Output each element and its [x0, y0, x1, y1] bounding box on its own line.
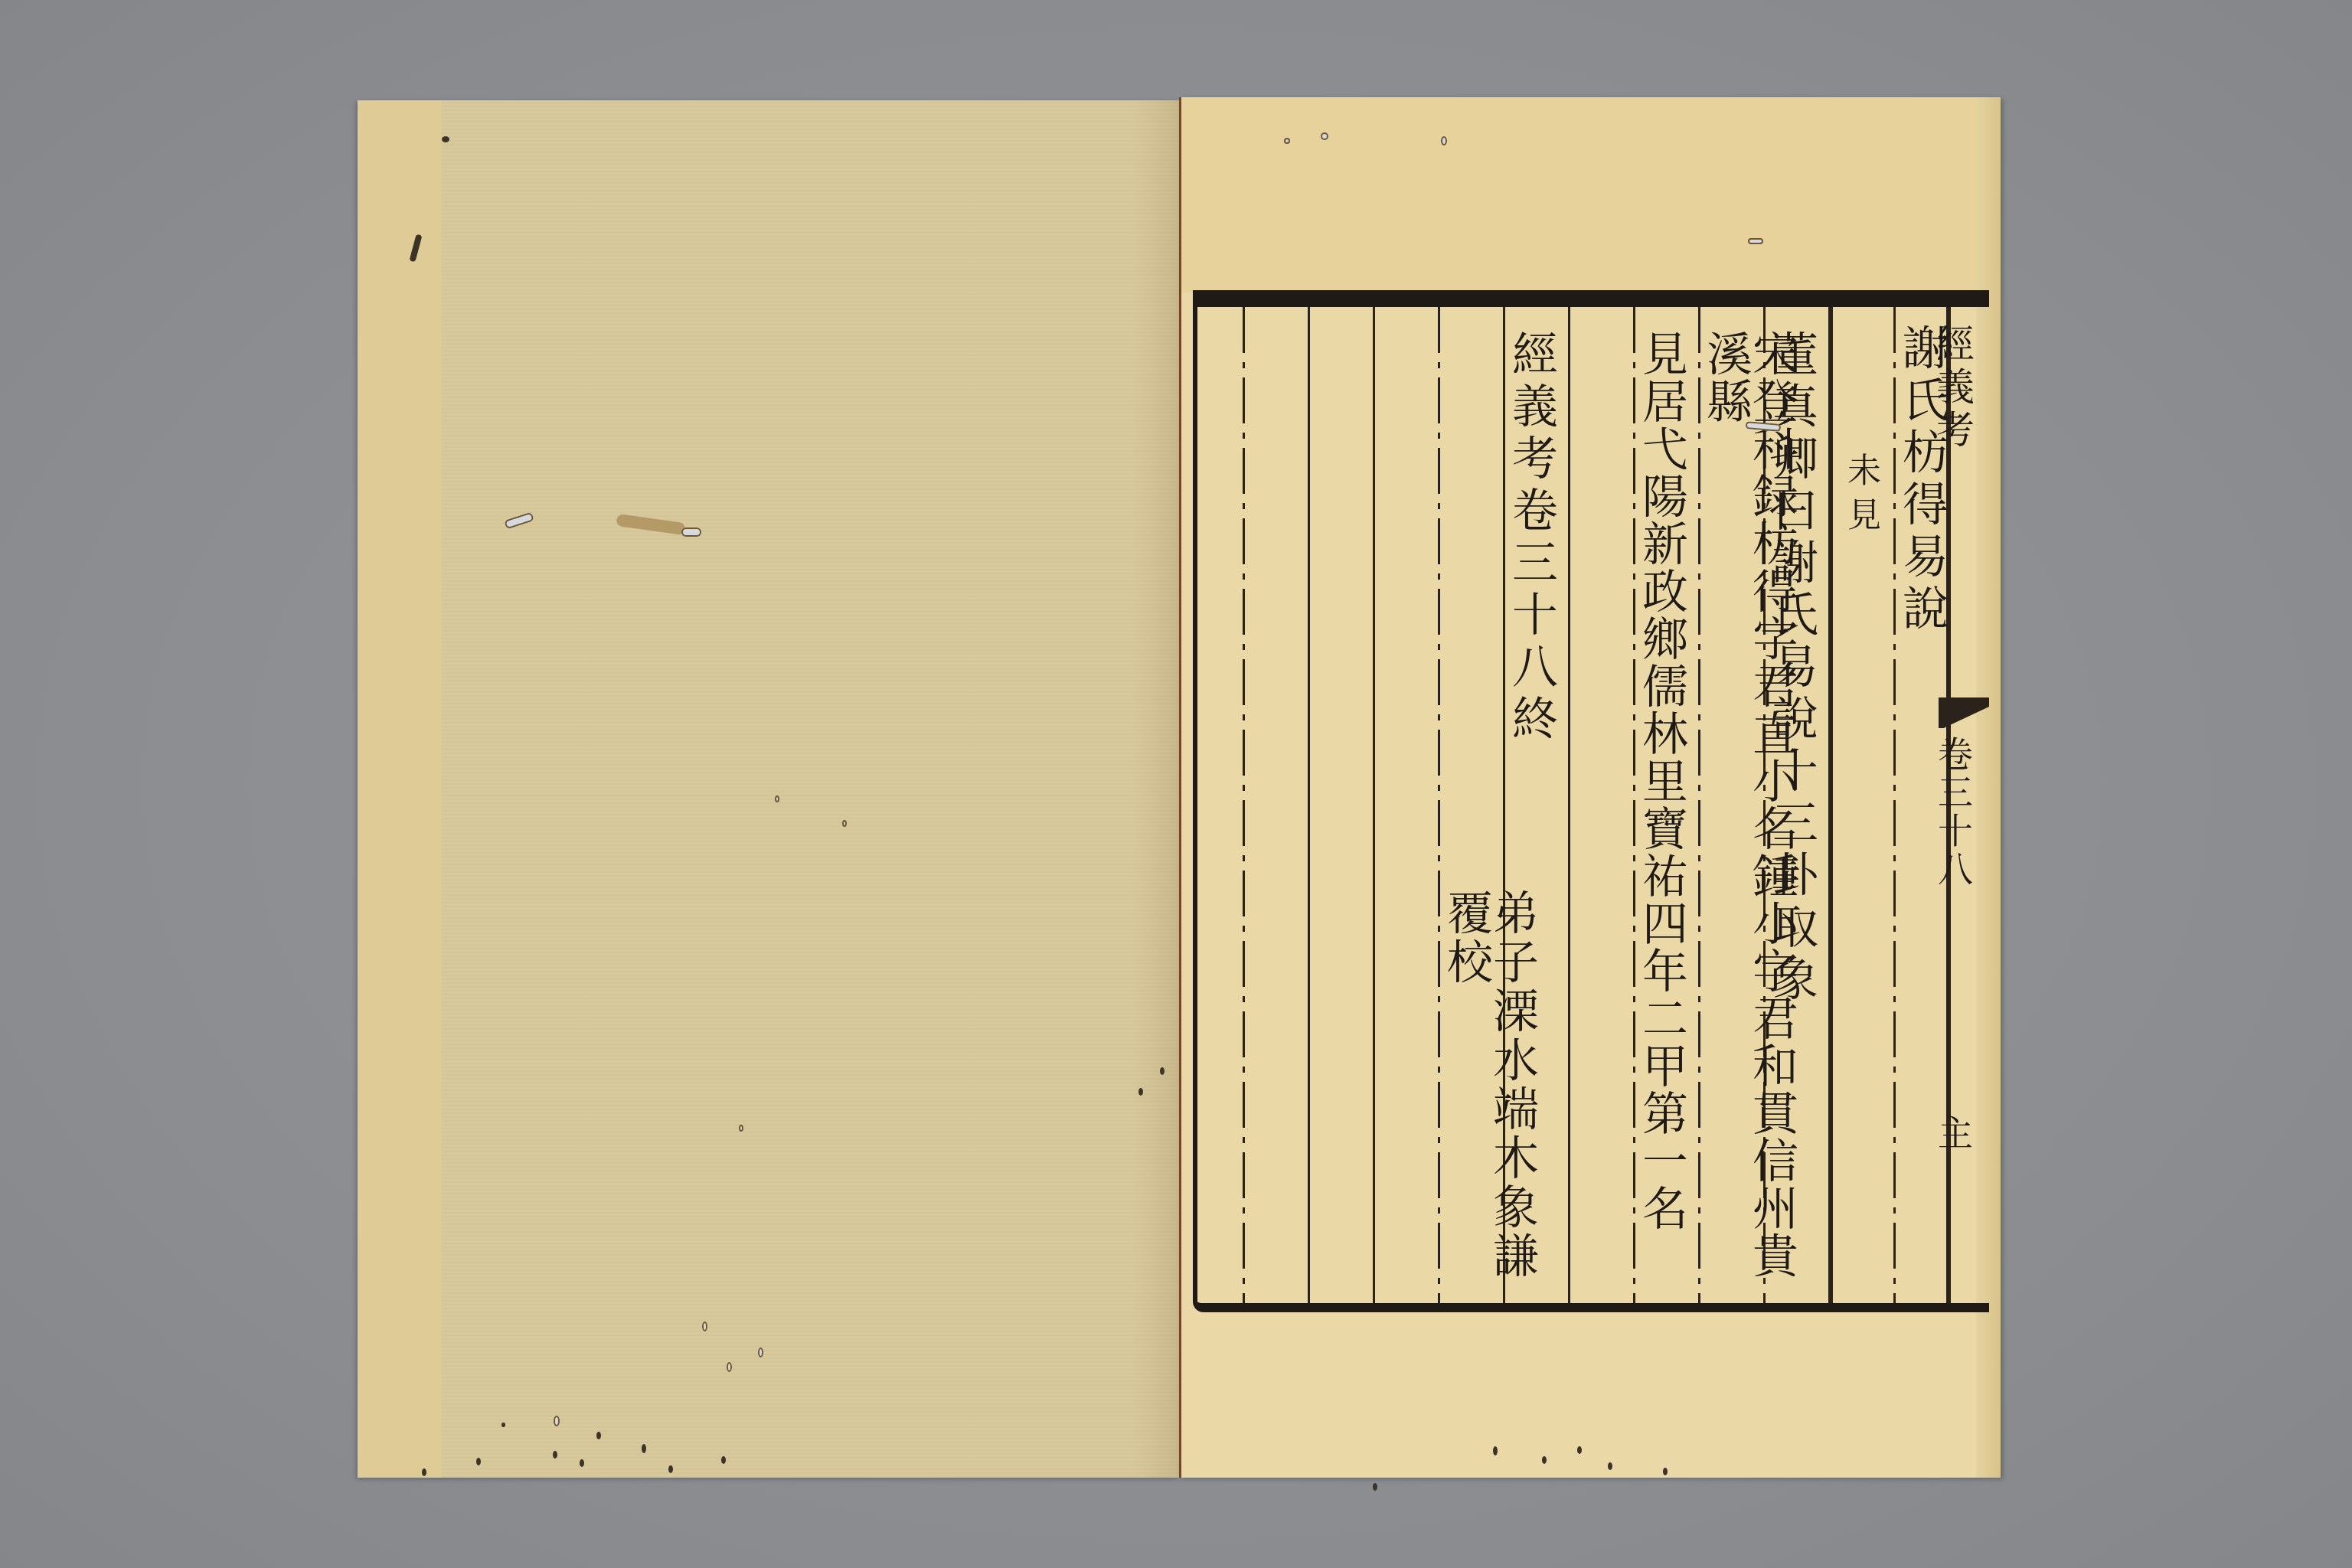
wormhole [501, 1423, 505, 1427]
wormhole [758, 1347, 763, 1357]
left-page [358, 100, 1179, 1478]
wormhole [668, 1465, 673, 1473]
wormhole [1542, 1456, 1547, 1464]
wormhole [422, 1468, 426, 1476]
status-note-column: 未見 [1844, 452, 1877, 541]
wormhole [596, 1432, 601, 1439]
wormhole [739, 1125, 743, 1132]
wormhole [727, 1362, 732, 1372]
wormhole [442, 136, 449, 142]
fishtail-mark-icon [1939, 697, 1989, 728]
wormhole [775, 795, 779, 802]
wormhole [702, 1321, 707, 1331]
left-page-backing-paper [442, 100, 1179, 1478]
citation-column-3: 見居弋陽新政鄉儒林里寶祐四年二甲第一名 [1638, 330, 1684, 1232]
wormhole [642, 1444, 646, 1453]
colophon-column: 弟子溧水端木象謙覆校 [1443, 889, 1535, 1303]
wormhole [681, 528, 701, 537]
wormhole [553, 1451, 557, 1459]
wormhole [1748, 238, 1763, 244]
column-divider [1698, 307, 1700, 1303]
right-page: 謝氏枋得易說 未見 董真卿曰謝氏易說十三卦取象 宋登科録枋得字君直小名鍾小字君和… [1179, 97, 2001, 1478]
citation-column-2: 宋登科録枋得字君直小名鍾小字君和貫信州貴溪縣 [1703, 330, 1795, 1303]
wormhole [1577, 1446, 1582, 1454]
wormhole [842, 820, 847, 827]
column-divider [1243, 307, 1245, 1303]
juan-end-column: 經義考卷三十八終 [1508, 330, 1554, 746]
banxin-juan-number: 卷三十八 [1928, 736, 1978, 889]
wormhole [1373, 1483, 1377, 1491]
wormhole [1284, 138, 1290, 144]
wormhole [1493, 1446, 1498, 1455]
column-divider [1438, 307, 1440, 1303]
spine-fold [1179, 97, 1181, 1478]
column-divider [1568, 307, 1570, 1303]
column-divider [1373, 307, 1375, 1303]
wormhole [580, 1459, 584, 1467]
banxin-book-title: 經義考 [1925, 324, 1980, 452]
wormhole [554, 1416, 560, 1426]
left-page-edge-strip [358, 100, 442, 1478]
column-divider [1828, 307, 1833, 1303]
wormhole [1663, 1468, 1668, 1475]
gutter-shadow [1133, 100, 1179, 1478]
wormhole [1441, 136, 1447, 145]
text-frame: 謝氏枋得易說 未見 董真卿曰謝氏易說十三卦取象 宋登科録枋得字君直小名鍾小字君和… [1193, 290, 1989, 1312]
wormhole [1321, 132, 1328, 140]
top-margin [1179, 97, 2001, 292]
banxin-page-number: 主 [1928, 1115, 1978, 1150]
wormhole [721, 1456, 726, 1464]
wormhole [476, 1458, 481, 1465]
column-divider [1308, 307, 1310, 1303]
wormhole [1608, 1462, 1612, 1470]
